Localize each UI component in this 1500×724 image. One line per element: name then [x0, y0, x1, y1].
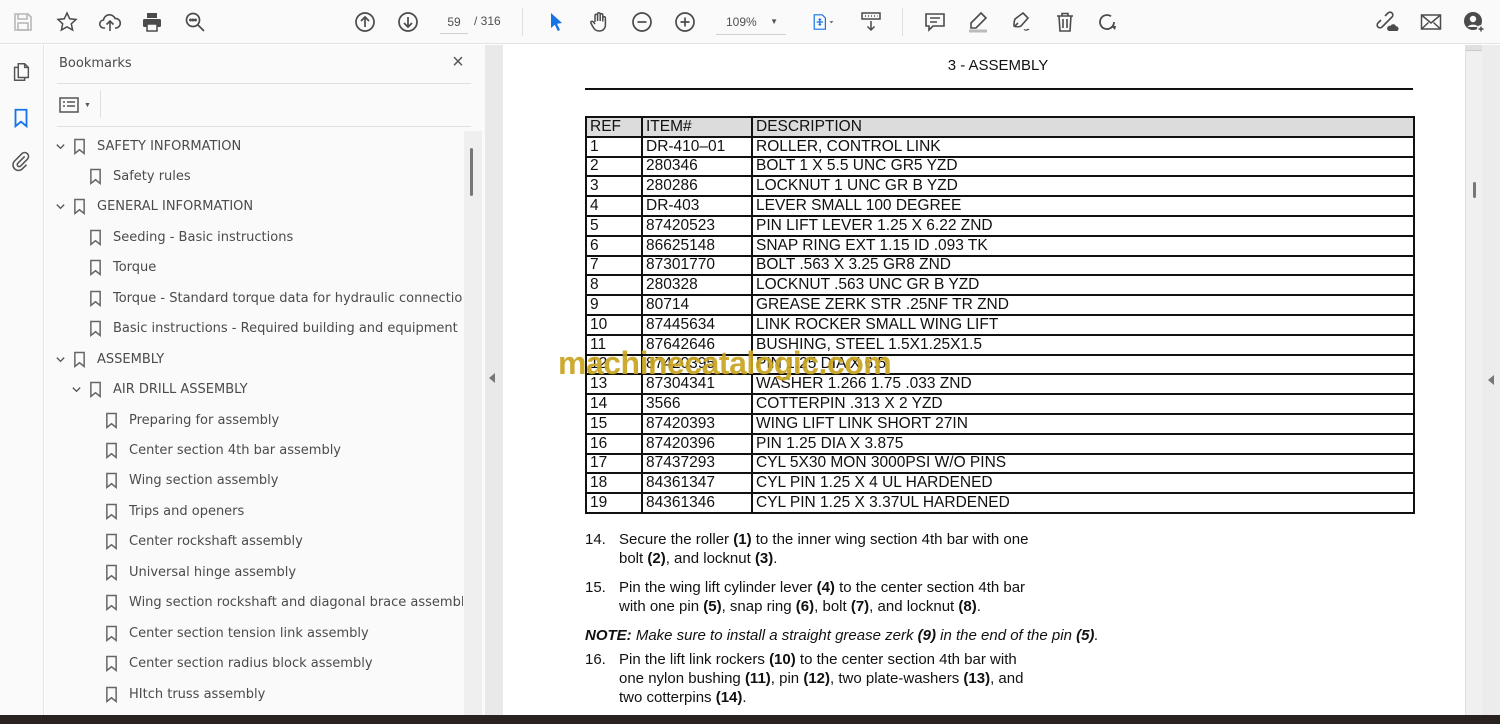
item-number-cell: DR-410–01	[642, 137, 752, 157]
toolbar-separator	[902, 8, 903, 36]
bookmark-star-icon[interactable]	[52, 7, 82, 37]
zoom-level-value: 109%	[726, 15, 757, 29]
table-row: 143566COTTERPIN .313 X 2 YZD	[586, 394, 1414, 414]
bookmark-label: Center rockshaft assembly	[129, 534, 303, 549]
item-number-cell: 80714	[642, 295, 752, 315]
right-pane-toggle[interactable]	[1482, 45, 1500, 715]
assembly-steps: 14.Secure the roller (1) to the inner wi…	[585, 530, 1465, 715]
bookmark-icon	[73, 137, 87, 155]
bookmark-label: Wing section rockshaft and diagonal brac…	[129, 595, 463, 610]
description-cell: BUSHING, STEEL 1.5X1.25X1.5	[752, 335, 1414, 355]
bookmark-icon	[105, 411, 119, 429]
table-row: 1687420396PIN 1.25 DIA X 3.875	[586, 434, 1414, 454]
table-row: 1087445634LINK ROCKER SMALL WING LIFT	[586, 315, 1414, 335]
item-number-cell: 280328	[642, 275, 752, 295]
item-number-cell: 84361346	[642, 493, 752, 513]
ref-cell: 18	[586, 473, 642, 493]
zoom-level-dropdown[interactable]: 109% ▼	[716, 10, 786, 35]
table-row: 1884361347CYL PIN 1.25 X 4 UL HARDENED	[586, 473, 1414, 493]
collapse-panel-arrow-icon[interactable]	[489, 373, 495, 383]
close-icon[interactable]: ×	[448, 52, 468, 72]
column-header-item: ITEM#	[642, 117, 752, 137]
item-number-cell: 87420395	[642, 355, 752, 375]
page-header: 3 - ASSEMBLY	[503, 57, 1465, 74]
bookmark-label: Seeding - Basic instructions	[113, 230, 293, 245]
description-cell: LEVER SMALL 100 DEGREE	[752, 196, 1414, 216]
chevron-down-icon: ▼	[84, 102, 91, 109]
select-arrow-icon[interactable]	[541, 7, 571, 37]
ref-cell: 4	[586, 196, 642, 216]
bookmark-label: HItch truss assembly	[129, 687, 265, 702]
toolbar-separator	[100, 90, 101, 118]
column-header-description: DESCRIPTION	[752, 117, 1414, 137]
description-cell: BOLT .563 X 3.25 GR8 ZND	[752, 256, 1414, 276]
step-number: 14.	[585, 530, 606, 549]
bookmark-item[interactable]: Preparing for assembly	[105, 408, 279, 432]
delete-icon[interactable]	[1050, 7, 1080, 37]
ref-cell: 10	[586, 315, 642, 335]
note: NOTE: Make sure to install a straight gr…	[585, 626, 1465, 645]
bookmark-label: Torque	[113, 260, 156, 275]
item-number-cell: 280286	[642, 176, 752, 196]
bookmark-item[interactable]: Seeding - Basic instructions	[89, 225, 293, 249]
main-toolbar: 59 / 316 109% ▼	[0, 0, 1500, 44]
ref-cell: 7	[586, 256, 642, 276]
bookmark-item[interactable]: GENERAL INFORMATION	[53, 195, 253, 219]
scrollbar-thumb[interactable]	[470, 148, 473, 196]
header-rule	[585, 88, 1413, 90]
table-row: 1DR-410–01ROLLER, CONTROL LINK	[586, 137, 1414, 157]
chevron-down-icon: ▼	[770, 10, 778, 34]
ref-cell: 3	[586, 176, 642, 196]
table-row: 980714GREASE ZERK STR .25NF TR ZND	[586, 295, 1414, 315]
table-header-row: REF ITEM# DESCRIPTION	[586, 117, 1414, 137]
hand-icon[interactable]	[584, 7, 614, 37]
ref-cell: 15	[586, 414, 642, 434]
bookmark-item[interactable]: Basic instructions - Required building a…	[89, 317, 458, 341]
item-number-cell: 87420393	[642, 414, 752, 434]
chevron-down-icon[interactable]	[53, 139, 67, 153]
chevron-down-icon[interactable]	[69, 383, 83, 397]
page-number-input[interactable]: 59	[440, 10, 468, 34]
page-thumbnails-icon[interactable]	[8, 59, 34, 85]
bookmark-icon	[105, 655, 119, 673]
bookmark-icon	[105, 533, 119, 551]
ref-cell: 13	[586, 374, 642, 394]
rotate-icon[interactable]	[1092, 7, 1122, 37]
parts-table: REF ITEM# DESCRIPTION 1DR-410–01ROLLER, …	[585, 116, 1415, 514]
description-cell: ROLLER, CONTROL LINK	[752, 137, 1414, 157]
item-number-cell: 87420396	[642, 434, 752, 454]
description-cell: SNAP RING EXT 1.15 ID .093 TK	[752, 236, 1414, 256]
bookmark-label: Center section radius block assembly	[129, 656, 373, 671]
table-row: 8280328LOCKNUT .563 UNC GR B YZD	[586, 275, 1414, 295]
description-cell: CYL PIN 1.25 X 4 UL HARDENED	[752, 473, 1414, 493]
bookmark-label: Torque - Standard torque data for hydrau…	[113, 291, 463, 306]
document-scrollbar[interactable]	[1465, 45, 1482, 715]
panel-title: Bookmarks	[59, 56, 132, 71]
item-number-cell: 280346	[642, 157, 752, 177]
options-list-icon	[59, 97, 81, 113]
divider	[57, 126, 471, 127]
table-row: 1984361346CYL PIN 1.25 X 3.37UL HARDENED	[586, 493, 1414, 513]
bookmark-item[interactable]: Center section tension link assembly	[105, 621, 369, 645]
step-text: Pin the lift link rockers (10) to the ce…	[619, 651, 1023, 706]
bookmark-icon	[89, 167, 103, 185]
bookmark-label: Trips and openers	[129, 504, 244, 519]
description-cell: GREASE ZERK STR .25NF TR ZND	[752, 295, 1414, 315]
chevron-down-icon[interactable]	[53, 352, 67, 366]
note-text: Make sure to install a straight grease z…	[632, 627, 1099, 644]
toolbar-separator	[522, 8, 523, 36]
description-cell: LOCKNUT .563 UNC GR B YZD	[752, 275, 1414, 295]
scrollbar-top	[1466, 45, 1482, 51]
assembly-step: 14.Secure the roller (1) to the inner wi…	[585, 530, 1035, 568]
description-cell: PIN LIFT LEVER 1.25 X 6.22 ZND	[752, 216, 1414, 236]
item-number-cell: 87301770	[642, 256, 752, 276]
bookmark-icon	[105, 594, 119, 612]
ref-cell: 1	[586, 137, 642, 157]
item-number-cell: 87437293	[642, 454, 752, 474]
bookmark-item[interactable]: Wing section assembly	[105, 469, 279, 493]
column-header-ref: REF	[586, 117, 642, 137]
item-number-cell: 87420523	[642, 216, 752, 236]
bookmark-label: ASSEMBLY	[97, 352, 164, 367]
zoom-out-icon[interactable]	[627, 7, 657, 37]
item-number-cell: 84361347	[642, 473, 752, 493]
table-row: 1287420395PIN 1.25 DIA X 6.5	[586, 355, 1414, 375]
divider	[57, 83, 471, 84]
table-row: 587420523PIN LIFT LEVER 1.25 X 6.22 ZND	[586, 216, 1414, 236]
fit-page-icon[interactable]	[804, 7, 842, 37]
ref-cell: 19	[586, 493, 642, 513]
save-icon[interactable]	[8, 7, 38, 37]
ref-cell: 17	[586, 454, 642, 474]
bookmark-icon	[89, 289, 103, 307]
bookmark-item[interactable]: AIR DRILL ASSEMBLY	[69, 378, 248, 402]
bookmark-icon	[89, 320, 103, 338]
bookmark-label: Wing section assembly	[129, 473, 279, 488]
find-icon[interactable]	[180, 7, 210, 37]
chevron-down-icon[interactable]	[53, 200, 67, 214]
expand-right-pane-arrow-icon[interactable]	[1488, 375, 1494, 385]
bookmark-icon	[105, 563, 119, 581]
bookmark-options-button[interactable]: ▼	[59, 95, 93, 115]
bookmark-icon	[105, 624, 119, 642]
bookmark-label: Center section tension link assembly	[129, 626, 369, 641]
bookmark-label: Preparing for assembly	[129, 413, 279, 428]
bookmark-icon	[105, 442, 119, 460]
os-taskbar	[0, 715, 1500, 724]
item-number-cell: 87642646	[642, 335, 752, 355]
description-cell: CYL 5X30 MON 3000PSI W/O PINS	[752, 454, 1414, 474]
description-cell: CYL PIN 1.25 X 3.37UL HARDENED	[752, 493, 1414, 513]
table-row: 1187642646BUSHING, STEEL 1.5X1.25X1.5	[586, 335, 1414, 355]
item-number-cell: 3566	[642, 394, 752, 414]
ref-cell: 8	[586, 275, 642, 295]
description-cell: WASHER 1.266 1.75 .033 ZND	[752, 374, 1414, 394]
bookmark-item[interactable]: Torque	[89, 256, 156, 280]
bookmark-item[interactable]: HItch truss assembly	[105, 682, 265, 706]
item-number-cell: 87304341	[642, 374, 752, 394]
description-cell: LINK ROCKER SMALL WING LIFT	[752, 315, 1414, 335]
table-row: 3280286LOCKNUT 1 UNC GR B YZD	[586, 176, 1414, 196]
page-down-icon[interactable]	[393, 7, 423, 37]
bookmark-icon	[89, 259, 103, 277]
ref-cell: 2	[586, 157, 642, 177]
bookmark-item[interactable]: Center section 4th bar assembly	[105, 439, 341, 463]
ref-cell: 11	[586, 335, 642, 355]
bookmark-item[interactable]: Center section radius block assembly	[105, 652, 373, 676]
bookmark-tree: SAFETY INFORMATIONSafety rulesGENERAL IN…	[45, 131, 463, 715]
ref-cell: 16	[586, 434, 642, 454]
bookmark-icon	[105, 502, 119, 520]
table-row: 2280346BOLT 1 X 5.5 UNC GR5 YZD	[586, 157, 1414, 177]
bookmark-item[interactable]: Wing section rockshaft and diagonal brac…	[105, 591, 463, 615]
bookmarks-icon[interactable]	[8, 105, 34, 131]
table-row: 1787437293CYL 5X30 MON 3000PSI W/O PINS	[586, 454, 1414, 474]
ref-cell: 9	[586, 295, 642, 315]
bookmark-icon	[73, 198, 87, 216]
bookmarks-scrollbar[interactable]	[464, 131, 482, 715]
page-total-label: / 316	[474, 14, 501, 28]
note-label: NOTE:	[585, 627, 632, 644]
ref-cell: 5	[586, 216, 642, 236]
bookmark-label: GENERAL INFORMATION	[97, 199, 253, 214]
step-text: Secure the roller (1) to the inner wing …	[619, 531, 1028, 567]
bookmark-label: Center section 4th bar assembly	[129, 443, 341, 458]
ref-cell: 14	[586, 394, 642, 414]
bookmark-icon	[105, 472, 119, 490]
item-number-cell: DR-403	[642, 196, 752, 216]
description-cell: BOLT 1 X 5.5 UNC GR5 YZD	[752, 157, 1414, 177]
scrollbar-thumb[interactable]	[1473, 182, 1476, 198]
bookmark-item[interactable]: Trips and openers	[105, 499, 244, 523]
description-cell: WING LIFT LINK SHORT 27IN	[752, 414, 1414, 434]
comment-icon[interactable]	[920, 7, 950, 37]
left-navigation-rail	[0, 45, 44, 724]
table-row: 1387304341WASHER 1.266 1.75 .033 ZND	[586, 374, 1414, 394]
description-cell: LOCKNUT 1 UNC GR B YZD	[752, 176, 1414, 196]
add-user-icon[interactable]	[1459, 7, 1489, 37]
bookmark-icon	[73, 350, 87, 368]
bookmark-icon	[105, 685, 119, 703]
bookmark-label: Universal hinge assembly	[129, 565, 296, 580]
step-text: Pin the wing lift cylinder lever (4) to …	[619, 579, 1025, 615]
upload-cloud-icon[interactable]	[95, 7, 125, 37]
email-icon[interactable]	[1416, 7, 1446, 37]
sign-icon[interactable]	[1006, 7, 1036, 37]
bookmark-label: Basic instructions - Required building a…	[113, 321, 458, 336]
step-number: 15.	[585, 578, 606, 597]
bookmark-item[interactable]: ASSEMBLY	[53, 347, 164, 371]
bookmark-icon	[89, 228, 103, 246]
description-cell: COTTERPIN .313 X 2 YZD	[752, 394, 1414, 414]
print-icon[interactable]	[137, 7, 167, 37]
attachments-icon[interactable]	[8, 148, 34, 174]
bookmark-label: SAFETY INFORMATION	[97, 139, 241, 154]
table-row: 4DR-403LEVER SMALL 100 DEGREE	[586, 196, 1414, 216]
description-cell: PIN 1.25 DIA X 3.875	[752, 434, 1414, 454]
bookmark-item[interactable]: Universal hinge assembly	[105, 560, 296, 584]
step-number: 16.	[585, 650, 606, 669]
ref-cell: 6	[586, 236, 642, 256]
scroll-mode-icon[interactable]	[856, 7, 886, 37]
bookmark-item[interactable]: Center rockshaft assembly	[105, 530, 303, 554]
bookmark-icon	[89, 381, 103, 399]
description-cell: PIN 1.25 DIA X 6.5	[752, 355, 1414, 375]
document-page: 3 - ASSEMBLY REF ITEM# DESCRIPTION 1DR-4…	[503, 45, 1465, 715]
share-link-icon[interactable]	[1372, 7, 1402, 37]
bookmark-item[interactable]: SAFETY INFORMATION	[53, 134, 241, 158]
bookmarks-panel: Bookmarks × ▼ SAFETY INFORMATIONSafety r…	[45, 45, 485, 715]
zoom-in-icon[interactable]	[670, 7, 700, 37]
item-number-cell: 86625148	[642, 236, 752, 256]
highlight-icon[interactable]	[963, 7, 993, 37]
item-number-cell: 87445634	[642, 315, 752, 335]
panel-splitter[interactable]	[485, 45, 503, 715]
bookmark-item[interactable]: Torque - Standard torque data for hydrau…	[89, 286, 463, 310]
table-row: 787301770BOLT .563 X 3.25 GR8 ZND	[586, 256, 1414, 276]
ref-cell: 12	[586, 355, 642, 375]
assembly-step: 15.Pin the wing lift cylinder lever (4) …	[585, 578, 1035, 616]
table-row: 686625148SNAP RING EXT 1.15 ID .093 TK	[586, 236, 1414, 256]
bookmark-item[interactable]: Safety rules	[89, 164, 191, 188]
assembly-step: 16.Pin the lift link rockers (10) to the…	[585, 650, 1035, 707]
bookmark-label: Safety rules	[113, 169, 191, 184]
table-row: 1587420393WING LIFT LINK SHORT 27IN	[586, 414, 1414, 434]
bookmark-label: AIR DRILL ASSEMBLY	[113, 382, 248, 397]
page-up-icon[interactable]	[350, 7, 380, 37]
